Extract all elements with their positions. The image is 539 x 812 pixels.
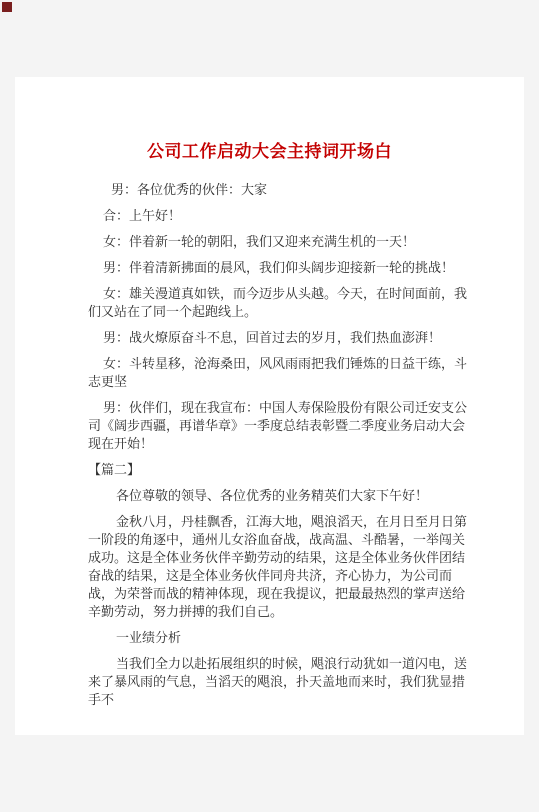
paragraph: 男：各位优秀的伙伴：大家	[88, 181, 473, 199]
paragraph: 金秋八月，丹桂飘香，江海大地，飓浪滔天，在月日至月日第一阶段的角逐中，通州儿女浴…	[88, 513, 473, 621]
document-title: 公司工作启动大会主持词开场白	[15, 140, 524, 164]
paragraph: 合：上午好！	[88, 207, 473, 225]
paragraph: 各位尊敬的领导、各位优秀的业务精英们大家下午好！	[88, 487, 473, 505]
document-body: 男：各位优秀的伙伴：大家合：上午好！女：伴着新一轮的朝阳，我们又迎来充满生机的一…	[88, 181, 473, 709]
paragraph: 男：伴着清新拂面的晨风，我们仰头阔步迎接新一轮的挑战！	[88, 259, 473, 277]
screen: { "page": { "background_color": "#f4f4f4…	[0, 0, 539, 812]
paragraph: 一业绩分析	[88, 629, 473, 647]
paragraph: 男：战火燎原奋斗不息，回首过去的岁月，我们热血澎湃！	[88, 329, 473, 347]
paragraph: 男：伙伴们，现在我宣布：中国人寿保险股份有限公司迁安支公司《阔步西疆，再谱华章》…	[88, 399, 473, 453]
paragraph: 女：雄关漫道真如铁，而今迈步从头越。今天，在时间面前，我们又站在了同一个起跑线上…	[88, 285, 473, 321]
paragraph: 女：伴着新一轮的朝阳，我们又迎来充满生机的一天！	[88, 233, 473, 251]
document-page: 公司工作启动大会主持词开场白 男：各位优秀的伙伴：大家合：上午好！女：伴着新一轮…	[15, 77, 524, 735]
corner-marker	[2, 2, 12, 12]
paragraph: 【篇二】	[88, 461, 473, 479]
paragraph: 女：斗转星移，沧海桑田，风风雨雨把我们锤炼的日益干练，斗志更坚	[88, 355, 473, 391]
paragraph: 当我们全力以赴拓展组织的时候，飓浪行动犹如一道闪电，送来了暴风雨的气息，当滔天的…	[88, 655, 473, 709]
